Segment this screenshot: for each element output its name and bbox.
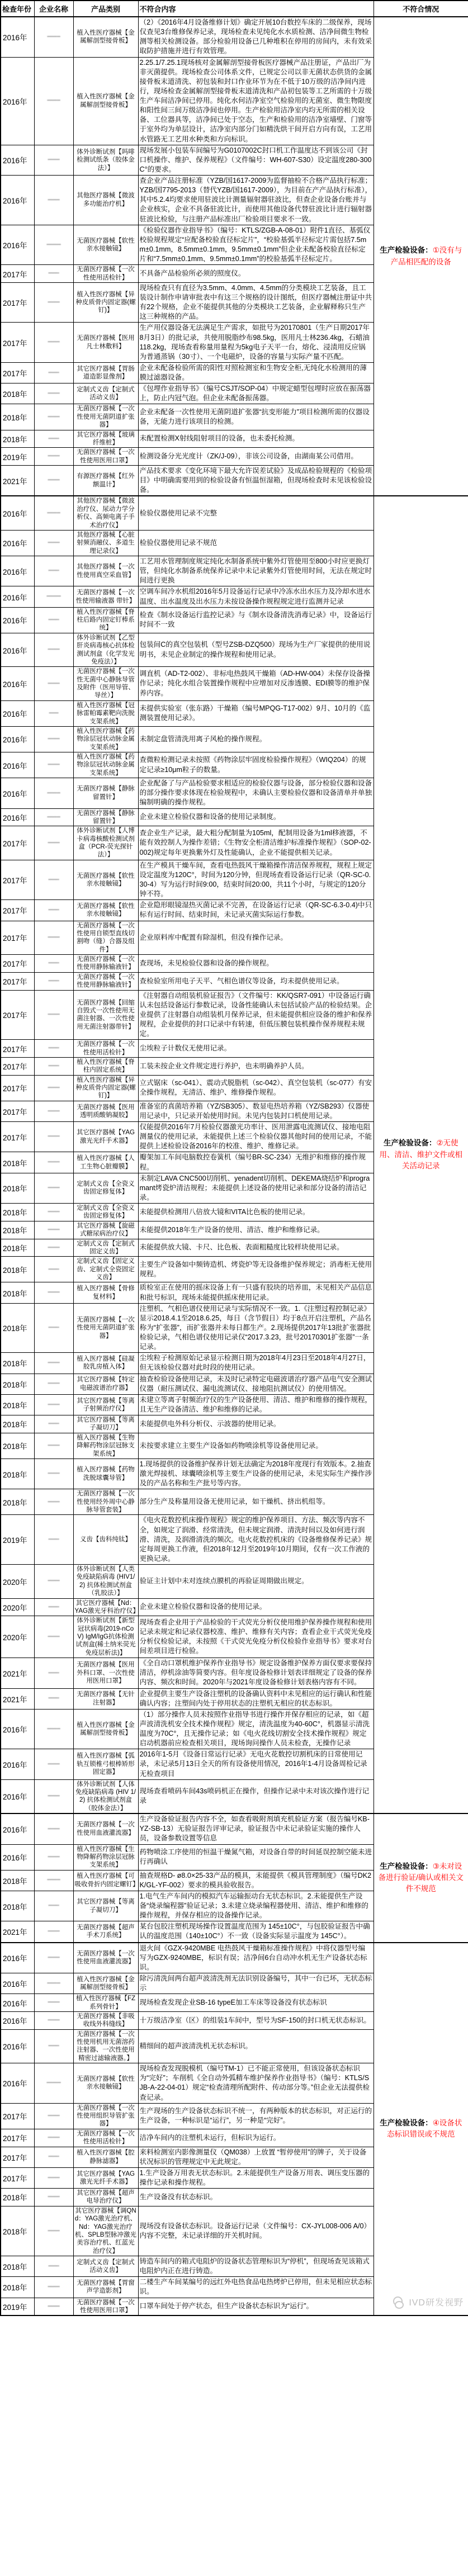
content-cell: （2）《2016年4月设备维修计划》确定开展10台数控车床的二级保养，现场仅查见… [138, 17, 374, 57]
year-cell: 2018年 [1, 1415, 34, 1433]
content-cell: 抽查检验设备使用记录，未及时记录特定电磁波谱治疗器产品电气安全测试仪器（耐压测试… [138, 1374, 374, 1394]
category-cell: 义齿【齿科纯钛】 [73, 1515, 138, 1565]
category-cell: 体外诊断试剂【新型冠状病毒(2019-nCoV) IgM/IgG抗体检测试剂盒(… [73, 1616, 138, 1658]
year-cell: 2017年 [1, 1101, 34, 1121]
category-cell: 植入性医疗器械【脊柱内固定系统】 [73, 1057, 138, 1075]
content-cell: 生产用仪器设备无法满足生产需求，如批号为20170801（生产日期2017年8月… [138, 323, 374, 363]
category-cell: 体外诊断试剂【吗啡检测试纸条（胶体金法）】 [73, 145, 138, 175]
category-cell: 其它医疗器械【YAG激光光纤手术器】 [73, 1122, 138, 1152]
category-cell: 无菌医疗器械【超声手术刀系统】 [73, 1921, 138, 1943]
year-cell: 2016年 [1, 1844, 34, 1870]
company-cell: ▪▪▪▪▪▪▪▪▪▪ [34, 404, 73, 430]
category-cell: 其它医疗器械【等离子凝切刀】 [73, 1415, 138, 1433]
year-cell: 2016年 [1, 607, 34, 633]
category-cell: 无菌医疗器械【一次性使用活检针】 [73, 1040, 138, 1058]
year-cell: 2016年 [1, 700, 34, 726]
category-cell: 无菌医疗器械【无针注射器】 [73, 1688, 138, 1709]
status-prefix: 生产检验设备： [380, 2119, 433, 2127]
year-cell: 2017年 [1, 860, 34, 900]
status-prefix: 生产检验设备： [384, 1139, 437, 1147]
category-cell: 定制式义齿【定制式活动义齿】 [73, 383, 138, 404]
company-cell: ▪▪▪▪▪▪▪▪▪▪ [34, 1565, 73, 1599]
category-cell: 植入性医疗器械【腔静脉滤器】 [73, 2147, 138, 2167]
category-cell: 植入医疗器械【骨修复材料】 [73, 1282, 138, 1303]
year-cell: 2018年 [1, 1257, 34, 1282]
category-cell: 植入性医疗器械【弧轨互锁椎弓根棒矫形固定器】 [73, 1749, 138, 1779]
year-cell: 2018年 [1, 1303, 34, 1353]
year-cell: 2018年 [1, 430, 34, 448]
content-cell: 现场检查发现企业SB-16 typeE加工车床等设备没有状态标识 [138, 1994, 374, 2012]
category-cell: 无菌医疗器械【医用透明质酸钠凝胶】 [73, 1101, 138, 1121]
company-cell: ▪▪▪▪▪▪▪▪▪ [34, 1257, 73, 1282]
content-cell: 包装间C的真空包装机（型号ZSB-DZQ500）现场为生产厂家提供的使用说明书，… [138, 633, 374, 667]
content-cell: 未能提供2018年生产设备的使用、清洁、维护和维修记录。 [138, 1221, 374, 1239]
year-cell: 2016年 [1, 2029, 34, 2063]
content-cell: 现场检查只有直径为3.5mm、4.0mm、4.5mm的分类模块工艺装备，且工装设… [138, 282, 374, 323]
company-cell: ▪▪▪▪▪▪▪▪▪▪ [34, 145, 73, 175]
category-cell: 无菌医疗器械【软性亲水接触镜】 [73, 225, 138, 265]
year-cell: 2017年 [1, 921, 34, 955]
year-cell: 2019年 [1, 2298, 34, 2315]
year-cell: 2016年 [1, 1813, 34, 1844]
category-cell: 定制式义齿【固定义齿、定制式全瓷固定义齿】 [73, 1257, 138, 1282]
company-cell: ▪▪▪▪▪▪▪▪▪▪▪ [34, 57, 73, 145]
company-cell: ▪▪▪▪▪▪▪▪▪▪ [34, 826, 73, 860]
category-cell: 无菌医疗器械【一次性使用无菌阴道扩张器】 [73, 404, 138, 430]
company-cell: ▪▪▪▪▪▪▪▪▪▪ [34, 633, 73, 667]
year-cell: 2017年 [1, 972, 34, 990]
table-row: 2016年▪▪▪▪▪▪▪▪▪▪▪其他医疗器械【微波治疗仪、尿动力学分析仪、高频电… [1, 496, 468, 530]
company-cell: ▪▪▪▪▪▪▪▪▪ [34, 1057, 73, 1075]
category-cell: 植入性医疗器械【脊柱后路内固定钉棒系统】 [73, 607, 138, 633]
ivd-logo-icon [393, 2296, 405, 2308]
company-cell: ▪▪▪▪▪▪▪▪▪ [34, 265, 73, 283]
year-cell: 2018年 [1, 1152, 34, 1173]
category-cell: 无菌医疗器械【非吸收线外科缝线】 [73, 2011, 138, 2029]
company-cell: ▪▪▪▪▪▪▪▪▪▪ [34, 1353, 73, 1374]
company-cell: ▪▪▪▪▪▪▪▪▪▪▪ [34, 1870, 73, 1891]
company-cell: ▪▪▪▪▪▪▪▪▪ [34, 362, 73, 383]
company-cell: ▪▪▪▪▪▪▪▪▪ [34, 430, 73, 448]
year-cell: 2016年 [1, 57, 34, 145]
year-cell: 2018年 [1, 1459, 34, 1489]
content-cell: 企业未建立检验仪器和设备的使用记录。 [138, 1598, 374, 1616]
company-cell: ▪▪▪▪▪▪▪▪▪▪▪ [34, 1973, 73, 1993]
year-cell: 2016年 [1, 556, 34, 586]
company-cell: ▪▪▪▪▪▪▪▪▪▪ [34, 1101, 73, 1121]
content-cell: 尘埃粒子计数仪无使用记录。 [138, 1040, 374, 1058]
content-cell: 在生产模具干燥车间，查看电热鼓风干燥箱操作清洁保养规程，规程上规定设定温度为12… [138, 860, 374, 900]
content-cell: 二楼生产车间某编号的远红外电热食品电热烤炉已停用，但未见相应状态标识。 [138, 2277, 374, 2298]
content-cell: 《包埋作业指导书》（编号CSJT/SOP-04）中规定蜡型包埋时应放在振荡器上，… [138, 383, 374, 404]
category-cell: 无菌医疗器械【一次性使用输液器 带针】 [73, 586, 138, 607]
company-cell: ▪▪▪▪▪▪▪▪▪▪ [34, 2189, 73, 2206]
category-cell: 植入医疗器械【生物降解药物涂层冠脉支架系统】 [73, 1433, 138, 1459]
category-cell: 无菌医疗器械【医用外科口罩、一次性使用医用口罩】 [73, 1658, 138, 1688]
year-cell: 2017年 [1, 2147, 34, 2167]
content-cell: 来料检测室内影像测量仪（QM038）上放置 “暂停使用”的牌子，关于设备状况标识… [138, 2147, 374, 2167]
status-prefix: 生产检验设备： [380, 246, 433, 254]
year-cell: 2020年 [1, 1565, 34, 1599]
category-cell: 无菌医疗器械【一次性使用组织导管扩张器】 [73, 2103, 138, 2129]
content-cell: 准备室的真菌培养箱（YZ/SB305）、数显电热培养箱（YZ/SB293）仪器使… [138, 1101, 374, 1121]
content-cell: 查现场，未见检验仪器和设备的操作规程。 [138, 955, 374, 973]
year-cell: 2019年 [1, 448, 34, 466]
company-cell: ▪▪▪▪▪▪▪▪▪▪ [34, 2167, 73, 2188]
category-cell: 其它医疗器械【特定电磁波谱治疗器】 [73, 1374, 138, 1394]
year-cell: 2016年 [1, 1779, 34, 1813]
year-cell: 2018年 [1, 1239, 34, 1257]
category-cell: 无菌医疗器械【软性亲水接触镜】 [73, 900, 138, 921]
category-cell: 定制式义齿【全瓷义齿固定修复体】 [73, 1173, 138, 1203]
company-cell: ▪▪▪▪▪▪▪▪▪▪ [34, 466, 73, 496]
year-cell: 2017年 [1, 323, 34, 363]
category-cell: 体外诊断试剂【人类免疫缺陷病毒 (HIV1/2) 抗体检测试剂盒（乳胶法）】 [73, 1565, 138, 1599]
year-cell: 2017年 [1, 990, 34, 1040]
company-cell: ▪▪▪▪▪▪▪▪▪▪▪ [34, 808, 73, 826]
content-cell: 工艺用水管理制度规定纯化水制备系统中紫外灯管使用至800小时应更换灯管，但纯化水… [138, 556, 374, 586]
year-cell: 2017年 [1, 1040, 34, 1058]
company-cell: ▪▪▪▪▪▪▪▪▪▪ [34, 1779, 73, 1813]
category-cell: 其它医疗器械【等离子凝切刀】 [73, 1891, 138, 1921]
content-cell: 企业配备了与产品检验要求相适应的检验仪器与设备，部分检验仪器和设备的部分操作要求… [138, 778, 374, 808]
year-cell: 2017年 [1, 265, 34, 283]
content-cell: 工装未按企业文件规定进行养护，也未明确养护人员。 [138, 1057, 374, 1075]
company-cell: ▪▪▪▪▪▪▪▪▪ [34, 900, 73, 921]
content-cell: 空调车间冷水机组2016年5月设备运行记录中冷冻水出水压力及冷却水进水温度、出水… [138, 586, 374, 607]
year-cell: 2016年 [1, 176, 34, 225]
company-cell: ▪▪▪▪▪▪▪▪▪▪ [34, 1204, 73, 1221]
category-cell: 其它医疗器械【旋磁式糖尿病治疗仪】 [73, 1221, 138, 1239]
company-cell: ▪▪▪▪▪▪▪▪▪▪ [34, 667, 73, 701]
year-cell: 2017年 [1, 1075, 34, 1101]
content-cell: 未制定LAVA CNC500切削机、yenadent切削机、DEKEMA烧结炉和… [138, 1173, 374, 1203]
company-cell: ▪▪▪▪▪▪▪▪▪▪ [34, 2206, 73, 2256]
content-cell: 产品技术要求《变化环境下最大允许误差试验》及成品检验规程的《检验项目》中明确需要… [138, 466, 374, 496]
inspection-table: 检查年份 企业名称 产品类别 不符合内容 不符合情况 2016年▪▪▪▪▪▪▪▪… [0, 0, 468, 2316]
category-cell: 无菌医疗器械【一次性使用无菌阴道扩张器】 [73, 1303, 138, 1353]
company-cell: ▪▪▪▪▪▪▪▪▪▪▪ [34, 1709, 73, 1749]
category-cell: 其他医疗器械【微波多功能治疗机】 [73, 176, 138, 225]
content-cell: 主要生产设备如中频铸造机、烤瓷炉等无设备维护保养规定；消毒柜无使用规程。 [138, 1257, 374, 1282]
category-cell: 无菌医疗器械【软性亲水接触镜】 [73, 860, 138, 900]
company-cell: ▪▪▪▪▪▪▪▪ [34, 700, 73, 726]
category-cell: 无菌医疗器械【一次性使用静脉输液针】 [73, 955, 138, 973]
category-cell: 其它医疗器械【玻璃纤维桩】 [73, 430, 138, 448]
company-cell: ▪▪▪▪▪▪▪▪▪▪ [34, 530, 73, 556]
year-cell: 2021年 [1, 466, 34, 496]
company-cell: ▪▪▪▪▪▪▪▪▪ [34, 1598, 73, 1616]
content-cell: 查企业生产记录，最大粗分配制量为105ml，配制用设备为1ml移液器，不能有效控… [138, 826, 374, 860]
year-cell: 2016年 [1, 496, 34, 530]
company-cell: ▪▪▪▪▪▪▪▪▪▪▪▪ [34, 586, 73, 607]
year-cell: 2016年 [1, 2011, 34, 2029]
company-cell: ▪▪▪▪▪▪▪▪▪▪ [34, 1173, 73, 1203]
company-cell: ▪▪▪▪▪▪▪▪▪▪ [34, 1813, 73, 1844]
year-cell: 2018年 [1, 1173, 34, 1203]
company-cell: ▪▪▪▪▪▪▪▪▪ [34, 972, 73, 990]
company-cell: ▪▪▪▪▪▪▪▪▪▪ [34, 176, 73, 225]
content-cell: 口罩车间处于停产状态，但生产设备状态标识为“运行”。 [138, 2298, 374, 2315]
status-cell: 生产检验设备：②无使用、清洁、维护文件或相关活动记录 [374, 496, 468, 1813]
content-cell: 未能提供电外科分析仪、示波器的使用记录。 [138, 1415, 374, 1433]
content-cell: 调直机（AD-T2-002）、非标电热鼓风干燥箱（AD-HW-004）未保存设备… [138, 667, 374, 701]
company-cell: ▪▪▪▪▪▪▪▪▪▪ [34, 1994, 73, 2012]
content-cell: 检测设备分光光度计（ZK/J-09），非该公司设备，由湖南某公司借用。 [138, 448, 374, 466]
content-cell: 药物喷涂工序使用的恒温干燥氮气箱，对设备自带的时间延误控制空能未进行再确认 [138, 1844, 374, 1870]
content-cell: 洁净车间内的注塑机未运行，但标识为运行。 [138, 2129, 374, 2147]
category-cell: 无菌医疗器械【胃窗声学造影剂】 [73, 2277, 138, 2298]
company-cell: ▪▪▪▪▪▪▪▪▪▪ [34, 1943, 73, 1973]
company-cell: ▪▪▪▪▪▪▪▪▪▪▪ [34, 496, 73, 530]
year-cell: 2018年 [1, 2277, 34, 2298]
category-cell: 植入性医疗器械【金属解剖型接骨板】 [73, 1973, 138, 1993]
category-cell: 其它医疗器械【Nd：YAG激光牙科治疗仪】 [73, 1598, 138, 1616]
content-cell: 未能提供检测用八倍放大镜和VITA比色板的使用记录。 [138, 1204, 374, 1221]
content-cell: 企业隐形眼镜湿热灭菌记录不完善，在设备运行记录（QR-SC-6.3-0.4)中只… [138, 900, 374, 921]
company-cell: ▪▪▪▪▪▪▪▪▪▪ [34, 726, 73, 752]
col-header-category: 产品类别 [73, 1, 138, 17]
col-header-company: 企业名称 [34, 1, 73, 17]
company-cell: ▪▪▪▪▪▪▪▪▪ [34, 556, 73, 586]
content-cell: 未提供实验室（张东路）干燥箱（编号MPQG-T17-002）9月、10月的《监测… [138, 700, 374, 726]
category-cell: 植入性医疗器械【FZ系列骨针】 [73, 1994, 138, 2012]
year-cell: 2021年 [1, 1688, 34, 1709]
content-cell: 十万级洁净室（区）的组装1车间中，型号为SF-150的封口机无状态标识。 [138, 2011, 374, 2029]
year-cell: 2017年 [1, 826, 34, 860]
content-cell: 未制定盘管清洗用离子风枪的操作规程。 [138, 726, 374, 752]
content-cell: 1.电气生产车间内的模拟汽车运输振动台无状态标识。2.未能提供生产设备“烧录编程… [138, 1891, 374, 1921]
company-cell: ▪▪▪▪▪▪▪▪▪▪ [34, 1394, 73, 1415]
company-cell: ▪▪▪▪▪▪▪▪▪▪▪ [34, 17, 73, 57]
company-cell: ▪▪▪▪▪▪▪▪▪▪ [34, 1921, 73, 1943]
year-cell: 2016年 [1, 778, 34, 808]
content-cell: 尘埃粒子检测原始记录显示检测日期为2018年4月23日至2018年4月27日，但… [138, 1353, 374, 1374]
content-cell: 《检验仪器作业指导书》（编号：KTLS/ZGB-A-08-01）附件1直径、基弧… [138, 225, 374, 265]
content-cell: 未建立等离子射频治疗仪的生产设备使用、清洁、维护和维修的操作规程，且无生产设备清… [138, 1394, 374, 1415]
year-cell: 2018年 [1, 2206, 34, 2256]
category-cell: 植入医疗器械【药物洗脱球囊导管】 [73, 1459, 138, 1489]
company-cell: ▪▪▪▪▪▪▪▪▪▪ [34, 1282, 73, 1303]
content-cell: 注塑机、气相色谱仪使用记录与实际情况不一致。1.《注塑过程控制记录》显示2018… [138, 1303, 374, 1353]
content-cell: 抽查规格D- ø8.0×25-33产品的模具，未能提供《模具管理制度》（编号DK… [138, 1870, 374, 1891]
year-cell: 2017年 [1, 1057, 34, 1075]
content-cell: 退火间《GZX-9420MBE 电热鼓风干燥箱标准操作规程》中将仪器型号编写为G… [138, 1943, 374, 1973]
category-cell: 植入性医疗器械【人工生物心脏瓣膜】 [73, 1152, 138, 1173]
category-cell: 其它医疗器械【等离子射频治疗仪】 [73, 1394, 138, 1415]
company-cell: ▪▪▪▪▪▪▪▪▪▪ [34, 282, 73, 323]
content-cell: 生产设备验证报告内容不全，如查看吸附剂填充机验证方案（报告编号KB-YZ-SB-… [138, 1813, 374, 1844]
company-cell: ▪▪▪▪▪▪▪▪▪ [34, 2029, 73, 2063]
content-cell: 立式锯床（sc-041）、震动式脱脂机（sc-042）、真空包装机（sc-077… [138, 1075, 374, 1101]
year-cell: 2017年 [1, 2103, 34, 2129]
year-cell: 2018年 [1, 1891, 34, 1921]
company-cell: ▪▪▪▪▪▪▪▪▪ [34, 1303, 73, 1353]
watermark-text: IVD研发视野 [409, 2295, 464, 2308]
year-cell: 2017年 [1, 282, 34, 323]
category-cell: 无菌医疗器械【软性亲水接触镜】 [73, 2063, 138, 2104]
content-cell: 1.现场提供的设备维护保养计划无法确定为2018年度现行有效版本。2.抽查激光焊… [138, 1459, 374, 1489]
year-cell: 2017年 [1, 2129, 34, 2147]
category-cell: 其他医疗器械【一次性使用真空采血管】 [73, 556, 138, 586]
table-row: 2016年▪▪▪▪▪▪▪▪▪▪▪植入性医疗器械【金属解剖型接骨板】（2）《201… [1, 17, 468, 57]
category-cell: 定制式义齿【定制式活动义齿】 [73, 2256, 138, 2277]
content-cell: 现场没有设备状态标识。设备运行记录（文件编号：CX-JYL008-006 A/0… [138, 2206, 374, 2256]
year-cell: 2018年 [1, 2256, 34, 2277]
col-header-year: 检查年份 [1, 1, 34, 17]
category-cell: 其它医疗器械【调QNd：YAG激光治疗机、Nd：YAG激光治疗机、SPLB型脉冲… [73, 2206, 138, 2256]
year-cell: 2019年 [1, 1515, 34, 1565]
category-cell: 无菌医疗器械【静脉留置针】 [73, 808, 138, 826]
watermark: IVD研发视野 [393, 2295, 464, 2308]
category-cell: 植入性医疗器械【药物涂层冠状动脉金属支架系统】 [73, 752, 138, 778]
year-cell: 2017年 [1, 1122, 34, 1152]
company-cell: ▪▪▪▪▪▪▪▪▪▪ [34, 1749, 73, 1779]
year-cell: 2018年 [1, 1489, 34, 1515]
company-cell: ▪▪▪▪▪▪▪▪▪▪ [34, 448, 73, 466]
company-cell: ▪▪▪▪▪▪▪▪▪ [34, 2147, 73, 2167]
content-cell: 《电火花数控机床操作规程》规定的维护保养项目、方法、频次等内容不全，如规定了润滑… [138, 1515, 374, 1565]
year-cell: 2016年 [1, 808, 34, 826]
content-cell: 除污清洗间两台超声波清洗剂无法识别设备编号，其中一台已坏，无状态标示 [138, 1973, 374, 1993]
category-cell: 植入性医疗器械【金属解剖型接骨板】 [73, 17, 138, 57]
category-cell: 植入性医疗器械【可吸收骨折内固定螺钉】 [73, 1870, 138, 1891]
year-cell: 2016年 [1, 667, 34, 701]
year-cell: 2020年 [1, 1598, 34, 1616]
table-body: 2016年▪▪▪▪▪▪▪▪▪▪▪植入性医疗器械【金属解剖型接骨板】（2）《201… [1, 17, 468, 2315]
company-cell: ▪▪▪▪▪▪▪▪▪▪ [34, 1239, 73, 1257]
company-cell: ▪▪▪▪▪▪▪▪▪▪ [34, 990, 73, 1040]
header-row: 检查年份 企业名称 产品类别 不符合内容 不符合情况 [1, 1, 468, 17]
year-cell: 2018年 [1, 1394, 34, 1415]
company-cell: ▪▪▪▪▪▪▪▪▪▪ [34, 1459, 73, 1489]
year-cell: 2016年 [1, 586, 34, 607]
category-cell: 无菌医疗器械【一次性使用血液灌流器】 [73, 1813, 138, 1844]
year-cell: 2016年 [1, 2063, 34, 2104]
category-cell: 其它医疗器械【YAG激光光纤手术器】 [73, 2167, 138, 2188]
company-cell: ▪▪▪▪▪▪▪▪▪ [34, 1891, 73, 1921]
category-cell: 定制式义齿【定制式固定义齿】 [73, 1239, 138, 1257]
company-cell: ▪▪▪▪▪▪▪▪▪▪ [34, 1122, 73, 1152]
company-cell: ▪▪▪▪▪▪▪▪▪▪ [34, 921, 73, 955]
year-cell: 2016年 [1, 1709, 34, 1749]
content-cell: 现场查看喷码车间43s喷码机正在操作，但操作记录中未对该次操作进行记录 [138, 1779, 374, 1813]
company-cell: ▪▪▪▪▪▪▪▪▪ [34, 1658, 73, 1688]
content-cell: 企业未配备一次性使用无菌阴道扩张器“抗变形能力”项目检测所需的仪器设备，无能力进… [138, 404, 374, 430]
content-cell: 《注射器自动组装机验证报告》（文件编号：KK/QSR7-091）中设备运行确认未… [138, 990, 374, 1040]
status-cell: 生产检验设备：④设备状态标识错误或不规范 [374, 1943, 468, 2316]
category-cell: 其它医疗器械【胃肠道造影显像剂】 [73, 362, 138, 383]
category-cell: 植入医疗器械【硅凝胶乳房植入体】 [73, 1353, 138, 1374]
category-cell: 无菌医疗器械【静脉留置针】 [73, 778, 138, 808]
company-cell: ▪▪▪▪▪▪▪▪▪▪ [34, 1374, 73, 1394]
category-cell: 其它医疗器械【超声电导治疗仪】 [73, 2189, 138, 2206]
company-cell: ▪▪▪▪▪▪▪▪▪▪ [34, 2277, 73, 2298]
category-cell: 无菌医疗器械【一次性无菌中心静脉导管及附件（医用导管、导丝）】 [73, 667, 138, 701]
company-cell: ▪▪▪▪▪▪▪▪▪ [34, 1415, 73, 1433]
year-cell: 2016年 [1, 145, 34, 175]
status-cell: 生产检验设备：③未对设备进行验证/确认或相关文件不规范 [374, 1813, 468, 1942]
company-cell: ▪▪▪▪▪▪▪▪▪▪ [34, 1152, 73, 1173]
company-cell: ▪▪▪▪▪▪▪▪▪ [34, 1515, 73, 1565]
table-row: 2016年▪▪▪▪▪▪▪▪▪▪无菌医疗器械【一次性使用血液灌流器】退火间《GZX… [1, 1943, 468, 1973]
table-row: 2016年▪▪▪▪▪▪▪▪▪▪无菌医疗器械【一次性使用血液灌流器】生产设备验证报… [1, 1813, 468, 1844]
content-cell: 不具备产品检验所必须的照度仪。 [138, 265, 374, 283]
category-cell: 无菌医疗器械【一次性使用机用无菌溶药注射器、一次性使用精密过滤输液器。】 [73, 2029, 138, 2063]
category-cell: 定制式义齿【全瓷义齿固定修复体】 [73, 1204, 138, 1221]
year-cell: 2016年 [1, 726, 34, 752]
content-cell: 2.25.1/7.25.1现场核对金属解剖型接骨板医疗器械产品注册证，产品出厂为… [138, 57, 374, 145]
company-cell: ▪▪▪▪▪▪▪▪▪▪▪▪ [34, 2063, 73, 2104]
content-cell: 仅能提供2016年7月检验仪器激光功率计、医用泄露电流测试仪、接地电阻测量仪的使… [138, 1122, 374, 1152]
category-cell: 无菌医疗器械【医用凡士林敷料】 [73, 323, 138, 363]
year-cell: 2018年 [1, 404, 34, 430]
company-cell: ▪▪▪▪▪▪▪▪▪ [34, 860, 73, 900]
company-cell: ▪▪▪▪▪▪▪▪▪▪ [34, 2103, 73, 2129]
status-cell: 生产检验设备：①没有与产品相匹配的设备 [374, 17, 468, 496]
content-cell: 企业未配备检验所需的阳性对照检测室和生物安全柜,无纯化水检测用的薄膜过滤器设备。 [138, 362, 374, 383]
content-cell: 检验仪器使用记录不规范 [138, 530, 374, 556]
year-cell: 2018年 [1, 1353, 34, 1374]
content-cell: 查企业产品注册标准（YZB/国1617-2009为监督抽检不合格产品执行标准；Y… [138, 176, 374, 225]
content-cell: 瓣架加工车间电脑数控卷簧机（编号BR-SC-234）无维护和维修的操作规程。 [138, 1152, 374, 1173]
company-cell: ▪▪▪▪▪▪▪▪▪ [34, 955, 73, 973]
year-cell: 2016年 [1, 633, 34, 667]
company-cell: ▪▪▪▪▪▪▪▪▪▪ [34, 752, 73, 778]
company-cell: ▪▪▪▪▪▪▪▪▪ [34, 1040, 73, 1058]
company-cell: ▪▪▪▪▪▪▪▪▪ [34, 2256, 73, 2277]
content-cell: 检查《制水设备运行监控记录》与《制水设备清洗消毒记录》中，设备运行时间不一致 [138, 607, 374, 633]
category-cell: 植入性医疗器械【生物降解药物涂层冠脉支架系统】 [73, 1844, 138, 1870]
category-cell: 其他医疗器械【心脏射频消融仪、多道生理记录仪】 [73, 530, 138, 556]
company-cell: ▪▪▪▪▪▪▪▪▪ [34, 607, 73, 633]
company-cell: ▪▪▪▪▪▪▪▪▪▪ [34, 1489, 73, 1515]
content-cell: 未配置检测X射线阻射项目的设备，也未委托检测。 [138, 430, 374, 448]
content-cell: 《全自动口罩机维护保养作业指导书》规定设备维护保养方面仅要求要保持清洁，停机涂油… [138, 1658, 374, 1688]
content-cell: 现场检查发现脱模机（编号TM-1）已不能正常使用，但该设备状态标识为“完好”；车… [138, 2063, 374, 2104]
category-cell: 无菌医疗器械【一次性使用经外周中心静脉导管套装】 [73, 1489, 138, 1515]
content-cell: 1.生产设备万用表无状态标识。2.未能提供生产设备万用表、调压变压器的操作记录和… [138, 2167, 374, 2188]
content-cell: 生产现场的生产设备状态标识不统一，有两种版本的状态标识，对正运行的生产设备，一种… [138, 2103, 374, 2129]
year-cell: 2016年 [1, 225, 34, 265]
category-cell: 植入性医疗器械【异种皮质骨内固定器(螺钉)】 [73, 1075, 138, 1101]
company-cell: ▪▪▪▪▪▪▪▪▪▪ [34, 1075, 73, 1101]
year-cell: 2018年 [1, 2189, 34, 2206]
category-cell: 无菌医疗器械【回缩自毁式一次性使用无菌注射器、一次性使用无菌注射器带针】 [73, 990, 138, 1040]
category-cell: 植入性医疗器械【异种皮质骨内固定器(螺钉)】 [73, 282, 138, 323]
content-cell: 企业未建立检验仪器和设备的使用记录制度。 [138, 808, 374, 826]
content-cell: 企业原料库中配置有除湿机，但没有操作记录。 [138, 921, 374, 955]
category-cell: 无菌医疗器械【一次性使用静脉输液针】 [73, 972, 138, 990]
content-cell: 生产设备没有状态标识。 [138, 2189, 374, 2206]
content-cell: 铸造车间内的箱式电阻炉的设备状态管理标识为“停机”，但现场查见该箱式电阻炉内正在… [138, 2256, 374, 2277]
year-cell: 2016年 [1, 1749, 34, 1779]
year-cell: 2021年 [1, 1658, 34, 1688]
category-cell: 植入性医疗器械【冠脉雷帕霉素靶向洗脱支架系统】 [73, 700, 138, 726]
company-cell: ▪▪▪▪▪▪▪▪▪▪▪ [34, 778, 73, 808]
category-cell: 无菌医疗器械【一次性使用活检针】 [73, 2129, 138, 2147]
company-cell: ▪▪▪▪▪▪▪▪▪▪ [34, 323, 73, 363]
col-header-content: 不符合内容 [138, 1, 374, 17]
year-cell: 2021年 [1, 1921, 34, 1943]
company-cell: ▪▪▪▪▪▪▪▪▪▪ [34, 1433, 73, 1459]
category-cell: 无菌医疗器械【一次性使用活检针】 [73, 265, 138, 283]
col-header-status: 不符合情况 [374, 1, 468, 17]
category-cell: 体外诊断试剂【乙型肝炎病毒核心抗体检测试剂盒（化学发光免疫法）】 [73, 633, 138, 667]
content-cell: 验证主计划中未对连续点膜机的再验证周期做出规定。 [138, 1565, 374, 1599]
category-cell: 植入性医疗器械【金属解剖型接骨板】 [73, 57, 138, 145]
year-cell: 2017年 [1, 362, 34, 383]
